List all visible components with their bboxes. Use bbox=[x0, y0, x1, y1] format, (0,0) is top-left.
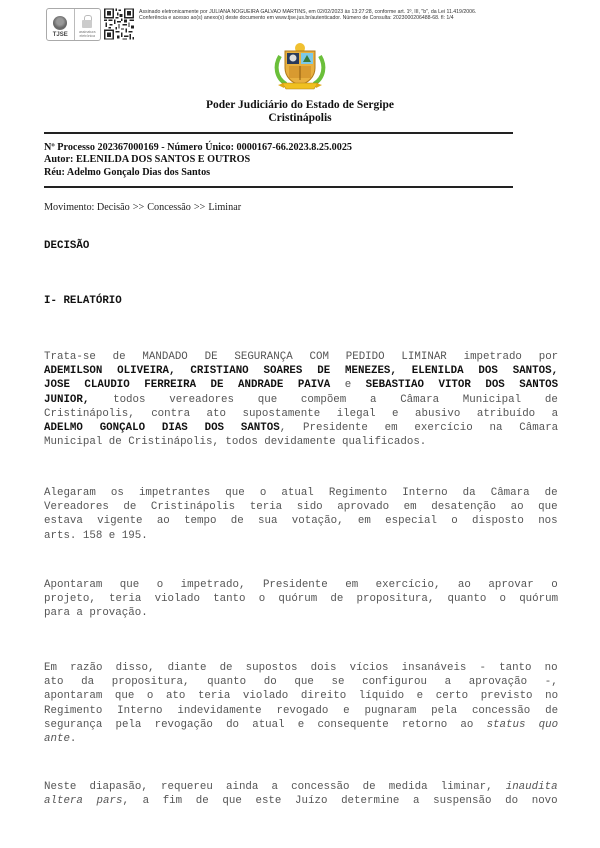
divider bbox=[44, 186, 513, 188]
signature-label-2: eletrônica bbox=[79, 34, 95, 38]
text-run: Neste diapasão, requereu ainda a concess… bbox=[44, 781, 506, 793]
paragraph: Neste diapasão, requereu ainda a concess… bbox=[44, 780, 558, 808]
tjse-seal: TJSE bbox=[47, 9, 74, 40]
paragraph: Apontaram que o impetrado, Presidente em… bbox=[44, 578, 558, 621]
bold-text: JUNIOR, bbox=[44, 394, 89, 406]
text-line: ato da propositura, quanto do que se con… bbox=[44, 675, 558, 689]
text-run: Municipal de Cristinápolis, todos devida… bbox=[44, 436, 426, 448]
signature-seal: assinatura eletrônica bbox=[74, 9, 101, 40]
tjse-label: TJSE bbox=[53, 32, 68, 38]
text-run: arts. 158 e 195. bbox=[44, 530, 148, 542]
text-line: projeto, teria violado tanto o quórum de… bbox=[44, 592, 558, 606]
court-city: Cristinápolis bbox=[0, 112, 600, 125]
document-title: DECISÃO bbox=[44, 240, 89, 252]
movement-label: Movimento: bbox=[44, 202, 94, 213]
bold-text: JOSE CLAUDIO FERREIRA DE ANDRADE PAIVA bbox=[44, 379, 330, 391]
breadcrumb-separator: >> bbox=[194, 202, 206, 213]
text-run: . bbox=[70, 733, 76, 745]
text-run: segurança pela revogação do atual e cons… bbox=[44, 719, 487, 731]
text-line: estava vigente ao tempo de sua votação, … bbox=[44, 514, 558, 528]
divider bbox=[44, 132, 513, 134]
text-run: Vereadores de Cristinápolis teria sido a… bbox=[44, 501, 558, 513]
text-run: , a fim de que este Juízo determine a su… bbox=[122, 795, 557, 807]
text-line: apontaram que o ato teria violado direit… bbox=[44, 689, 558, 703]
movement-breadcrumb: Movimento: Decisão>>Concessão>>Liminar bbox=[44, 202, 241, 213]
text-line: Cristinápolis, contra ato supostamente i… bbox=[44, 407, 558, 421]
text-run: Em razão disso, diante de supostos dois … bbox=[44, 662, 558, 674]
text-line: Alegaram os impetrantes que o atual Regi… bbox=[44, 486, 558, 500]
text-run: projeto, teria violado tanto o quórum de… bbox=[44, 593, 558, 605]
text-run: estava vigente ao tempo de sua votação, … bbox=[44, 515, 558, 527]
paragraph: Em razão disso, diante de supostos dois … bbox=[44, 661, 558, 746]
bold-text: ADEMILSON OLIVEIRA, CRISTIANO SOARES DE … bbox=[44, 365, 558, 377]
italic-text: status quo bbox=[487, 719, 559, 731]
verification-line: Conferência e acesso ao(s) anexo(s) dest… bbox=[139, 15, 476, 21]
movement-step: Decisão bbox=[97, 202, 130, 213]
bold-text: ADELMO GONÇALO DIAS DOS SANTOS bbox=[44, 422, 280, 434]
text-run: todos vereadores que compõem a Câmara Mu… bbox=[89, 394, 557, 406]
text-line: ADELMO GONÇALO DIAS DOS SANTOS, Presiden… bbox=[44, 421, 558, 435]
text-line: Apontaram que o impetrado, Presidente em… bbox=[44, 578, 558, 592]
paragraph: Trata-se de MANDADO DE SEGURANÇA COM PED… bbox=[44, 350, 558, 449]
electronic-signature-stamp: TJSE assinatura eletrônica bbox=[46, 8, 101, 41]
tjse-emblem-icon bbox=[53, 16, 67, 30]
text-run: e bbox=[330, 379, 365, 391]
text-line: Regimento Interno indevidamente revogado… bbox=[44, 704, 558, 718]
text-run: apontaram que o ato teria violado direit… bbox=[44, 690, 558, 702]
process-number: Nº Processo 202367000169 - Número Único:… bbox=[44, 142, 352, 154]
text-line: JUNIOR, todos vereadores que compõem a C… bbox=[44, 393, 558, 407]
italic-text: ante bbox=[44, 733, 70, 745]
text-run: Cristinápolis, contra ato supostamente i… bbox=[44, 408, 558, 420]
text-line: ante. bbox=[44, 732, 558, 746]
movement-step: Liminar bbox=[208, 202, 241, 213]
process-author: Autor: ELENILDA DOS SANTOS E OUTROS bbox=[44, 154, 352, 166]
process-defendant: Réu: Adelmo Gonçalo Dias dos Santos bbox=[44, 167, 352, 179]
text-line: segurança pela revogação do atual e cons… bbox=[44, 718, 558, 732]
text-run: ato da propositura, quanto do que se con… bbox=[44, 676, 558, 688]
qr-code-icon[interactable] bbox=[104, 8, 134, 40]
court-name: Poder Judiciário do Estado de Sergipe bbox=[0, 99, 600, 112]
text-line: para a provação. bbox=[44, 606, 558, 620]
text-line: Vereadores de Cristinápolis teria sido a… bbox=[44, 500, 558, 514]
text-run: Regimento Interno indevidamente revogado… bbox=[44, 705, 558, 717]
text-line: Neste diapasão, requereu ainda a concess… bbox=[44, 780, 558, 794]
text-line: arts. 158 e 195. bbox=[44, 529, 558, 543]
text-line: JOSE CLAUDIO FERREIRA DE ANDRADE PAIVA e… bbox=[44, 378, 558, 392]
section-heading: I- RELATÓRIO bbox=[44, 295, 122, 307]
lock-icon bbox=[82, 15, 92, 28]
bold-text: SEBASTIAO VITOR DOS SANTOS bbox=[366, 379, 558, 391]
text-line: Municipal de Cristinápolis, todos devida… bbox=[44, 435, 558, 449]
text-line: Trata-se de MANDADO DE SEGURANÇA COM PED… bbox=[44, 350, 558, 364]
text-run: Trata-se de MANDADO DE SEGURANÇA COM PED… bbox=[44, 351, 558, 363]
text-run: para a provação. bbox=[44, 607, 148, 619]
italic-text: altera pars bbox=[44, 795, 122, 807]
signature-info: Assinado eletronicamente por JULIANA NOG… bbox=[139, 9, 476, 21]
movement-step: Concessão bbox=[147, 202, 191, 213]
text-run: , Presidente em exercício na Câmara bbox=[280, 422, 558, 434]
text-line: ADEMILSON OLIVEIRA, CRISTIANO SOARES DE … bbox=[44, 364, 558, 378]
paragraph: Alegaram os impetrantes que o atual Regi… bbox=[44, 486, 558, 543]
text-run: Alegaram os impetrantes que o atual Regi… bbox=[44, 487, 558, 499]
municipality-crest-icon bbox=[272, 42, 328, 94]
text-run: Apontaram que o impetrado, Presidente em… bbox=[44, 579, 558, 591]
text-line: Em razão disso, diante de supostos dois … bbox=[44, 661, 558, 675]
italic-text: inaudita bbox=[506, 781, 558, 793]
process-info: Nº Processo 202367000169 - Número Único:… bbox=[44, 142, 352, 179]
text-line: altera pars, a fim de que este Juízo det… bbox=[44, 794, 558, 808]
breadcrumb-separator: >> bbox=[133, 202, 145, 213]
